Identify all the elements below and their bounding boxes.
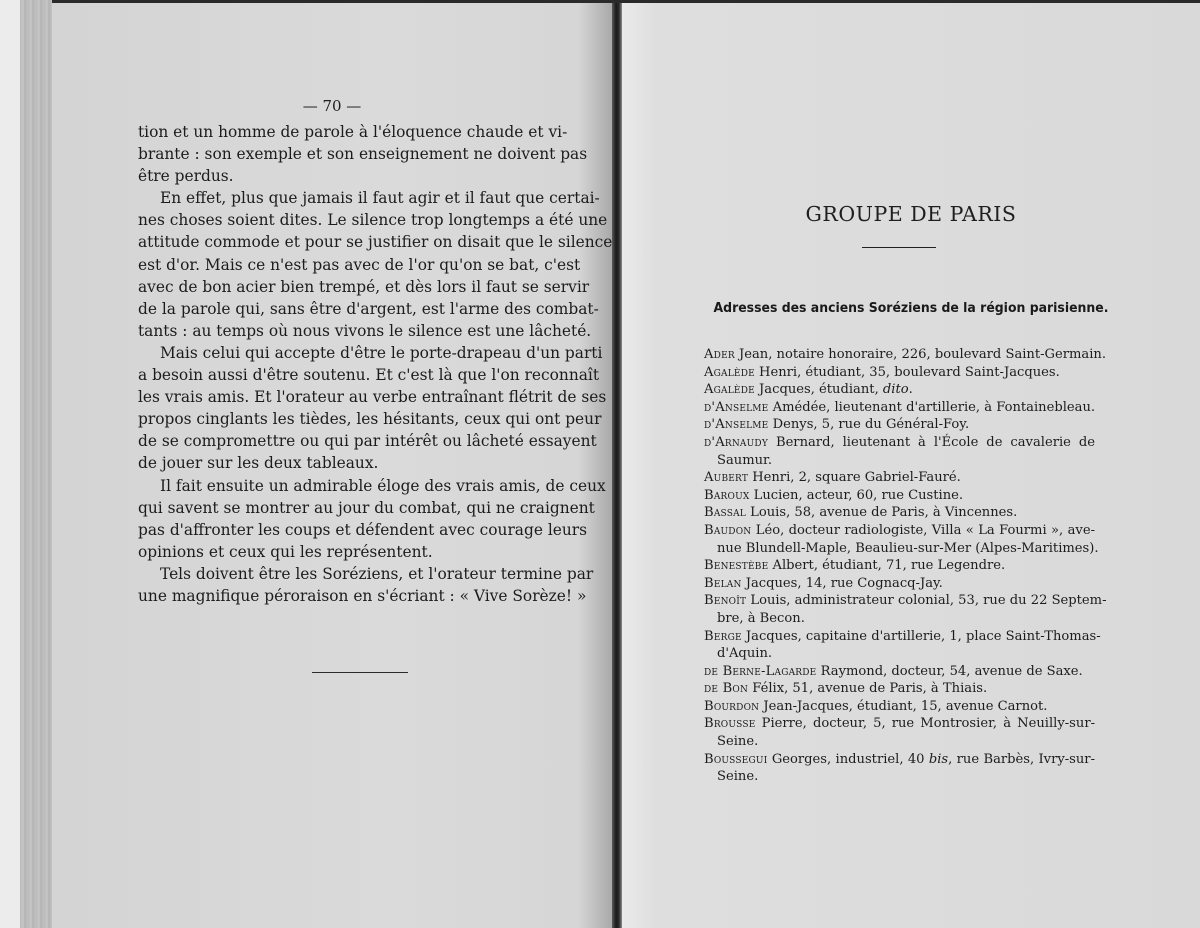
text-line: brante : son exemple et son enseignement… <box>138 143 563 165</box>
address-entry: Baudon Léo, docteur radiologiste, Villa … <box>704 522 1095 557</box>
surname: Agalède <box>704 382 755 397</box>
text-line: a besoin aussi d'être soutenu. Et c'est … <box>138 364 563 386</box>
name-particle: de <box>704 664 723 679</box>
surname: Ader <box>704 347 735 362</box>
entry-line: d'Arnaudy Bernard, lieutenant à l'École … <box>704 434 1095 452</box>
surname: Anselme <box>715 400 768 415</box>
paragraph: Il fait ensuite un admirable éloge des v… <box>138 475 563 563</box>
text-line: de la parole qui, sans être d'argent, es… <box>138 298 563 320</box>
book-gutter <box>612 0 622 928</box>
text-line: est d'or. Mais ce n'est pas avec de l'or… <box>138 254 563 276</box>
surname: Boussegui <box>704 752 767 767</box>
text-line: tion et un homme de parole à l'éloquence… <box>138 121 563 143</box>
text-line: nes choses soient dites. Le silence trop… <box>138 209 563 231</box>
text-line: être perdus. <box>138 165 563 187</box>
surname: Benestèbe <box>704 558 768 573</box>
entry-line: Baroux Lucien, acteur, 60, rue Custine. <box>704 487 1095 505</box>
entry-line: Baudon Léo, docteur radiologiste, Villa … <box>704 522 1095 540</box>
entry-line: Saumur. <box>704 452 1095 470</box>
section-title: GROUPE DE PARIS <box>622 202 1200 226</box>
address-entry: Benoît Louis, administrateur colonial, 5… <box>704 592 1095 627</box>
text-line: pas d'affronter les coups et défendent a… <box>138 519 563 541</box>
page-stack-edges <box>20 0 52 928</box>
entry-line: Ader Jean, notaire honoraire, 226, boule… <box>704 346 1095 364</box>
address-entry: Berge Jacques, capitaine d'artillerie, 1… <box>704 628 1095 663</box>
address-entry: Brousse Pierre, docteur, 5, rue Montrosi… <box>704 715 1095 750</box>
paragraph: Tels doivent être les Soréziens, et l'or… <box>138 563 563 607</box>
address-entry: Ader Jean, notaire honoraire, 226, boule… <box>704 346 1095 364</box>
text-line: de se compromettre ou qui par intérêt ou… <box>138 430 563 452</box>
right-page: GROUPE DE PARIS Adresses des anciens Sor… <box>622 0 1200 928</box>
address-entry: Boussegui Georges, industriel, 40 bis, r… <box>704 751 1095 786</box>
text-line: de jouer sur les deux tableaux. <box>138 452 563 474</box>
surname: Aubert <box>704 470 748 485</box>
entry-line: Benestèbe Albert, étudiant, 71, rue Lege… <box>704 557 1095 575</box>
address-entry: d'Anselme Amédée, lieutenant d'artilleri… <box>704 399 1095 417</box>
address-entry: Baroux Lucien, acteur, 60, rue Custine. <box>704 487 1095 505</box>
surname: Baudon <box>704 523 751 538</box>
entry-line: Berge Jacques, capitaine d'artillerie, 1… <box>704 628 1095 646</box>
surname: Anselme <box>715 417 768 432</box>
text-line: Il fait ensuite un admirable éloge des v… <box>138 475 563 497</box>
page-number: — 70 — <box>52 97 612 115</box>
entry-line: Belan Jacques, 14, rue Cognacq-Jay. <box>704 575 1095 593</box>
name-particle: d' <box>704 435 715 450</box>
text-line: Mais celui qui accepte d'être le porte-d… <box>138 342 563 364</box>
entry-line: Seine. <box>704 768 1095 786</box>
address-entry: d'Arnaudy Bernard, lieutenant à l'École … <box>704 434 1095 469</box>
surname: Berge <box>704 629 742 644</box>
address-entry: de Bon Félix, 51, avenue de Paris, à Thi… <box>704 680 1095 698</box>
entry-line: Agalède Jacques, étudiant, dito. <box>704 381 1095 399</box>
address-entry: d'Anselme Denys, 5, rue du Général-Foy. <box>704 416 1095 434</box>
address-entry: Agalède Henri, étudiant, 35, boulevard S… <box>704 364 1095 382</box>
surname: Bon <box>723 681 748 696</box>
section-subtitle: Adresses des anciens Soréziens de la rég… <box>642 301 1180 316</box>
entry-line: bre, à Becon. <box>704 610 1095 628</box>
text-line: opinions et ceux qui les représentent. <box>138 541 563 563</box>
entry-line: Bourdon Jean-Jacques, étudiant, 15, aven… <box>704 698 1095 716</box>
surname: Baroux <box>704 488 749 503</box>
name-particle: d' <box>704 417 715 432</box>
text-line: tants : au temps où nous vivons le silen… <box>138 320 563 342</box>
address-entry: Agalède Jacques, étudiant, dito. <box>704 381 1095 399</box>
address-entry: Belan Jacques, 14, rue Cognacq-Jay. <box>704 575 1095 593</box>
name-particle: de <box>704 681 723 696</box>
text-line: qui savent se montrer au jour du combat,… <box>138 497 563 519</box>
name-particle: d' <box>704 400 715 415</box>
surname: Brousse <box>704 716 756 731</box>
entry-line: Boussegui Georges, industriel, 40 bis, r… <box>704 751 1095 769</box>
surname: Bourdon <box>704 699 759 714</box>
entry-line: d'Anselme Denys, 5, rue du Général-Foy. <box>704 416 1095 434</box>
entry-line: Brousse Pierre, docteur, 5, rue Montrosi… <box>704 715 1095 733</box>
address-list: Ader Jean, notaire honoraire, 226, boule… <box>704 346 1095 786</box>
left-page: — 70 — tion et un homme de parole à l'él… <box>52 0 612 928</box>
address-entry: Benestèbe Albert, étudiant, 71, rue Lege… <box>704 557 1095 575</box>
top-edge-shadow <box>52 0 1200 3</box>
entry-line: d'Anselme Amédée, lieutenant d'artilleri… <box>704 399 1095 417</box>
text-line: attitude commode et pour se justifier on… <box>138 231 563 253</box>
surname: Agalède <box>704 365 755 380</box>
entry-line: de Berne-Lagarde Raymond, docteur, 54, a… <box>704 663 1095 681</box>
paragraph: tion et un homme de parole à l'éloquence… <box>138 121 563 187</box>
entry-line: Seine. <box>704 733 1095 751</box>
entry-line: Benoît Louis, administrateur colonial, 5… <box>704 592 1095 610</box>
address-entry: Bourdon Jean-Jacques, étudiant, 15, aven… <box>704 698 1095 716</box>
surname: Arnaudy <box>715 435 768 450</box>
text-line: une magnifique péroraison en s'écriant :… <box>138 585 563 607</box>
entry-line: Agalède Henri, étudiant, 35, boulevard S… <box>704 364 1095 382</box>
entry-line: nue Blundell-Maple, Beaulieu-sur-Mer (Al… <box>704 540 1095 558</box>
scanner-bed-edge <box>0 0 20 928</box>
address-entry: de Berne-Lagarde Raymond, docteur, 54, a… <box>704 663 1095 681</box>
entry-line: de Bon Félix, 51, avenue de Paris, à Thi… <box>704 680 1095 698</box>
body-text: tion et un homme de parole à l'éloquence… <box>138 121 563 607</box>
text-line: En effet, plus que jamais il faut agir e… <box>138 187 563 209</box>
paragraph: En effet, plus que jamais il faut agir e… <box>138 187 563 342</box>
entry-line: d'Aquin. <box>704 645 1095 663</box>
surname: Belan <box>704 576 742 591</box>
entry-line: Bassal Louis, 58, avenue de Paris, à Vin… <box>704 504 1095 522</box>
address-entry: Aubert Henri, 2, square Gabriel-Fauré. <box>704 469 1095 487</box>
surname: Benoît <box>704 593 746 608</box>
text-line: les vrais amis. Et l'orateur au verbe en… <box>138 386 563 408</box>
paragraph: Mais celui qui accepte d'être le porte-d… <box>138 342 563 475</box>
section-end-rule <box>312 672 408 673</box>
text-line: Tels doivent être les Soréziens, et l'or… <box>138 563 563 585</box>
entry-line: Aubert Henri, 2, square Gabriel-Fauré. <box>704 469 1095 487</box>
surname: Bassal <box>704 505 746 520</box>
text-line: avec de bon acier bien trempé, et dès lo… <box>138 276 563 298</box>
surname: Berne-Lagarde <box>723 664 817 679</box>
title-rule <box>862 247 936 248</box>
address-entry: Bassal Louis, 58, avenue de Paris, à Vin… <box>704 504 1095 522</box>
text-line: propos cinglants les tièdes, les hésitan… <box>138 408 563 430</box>
